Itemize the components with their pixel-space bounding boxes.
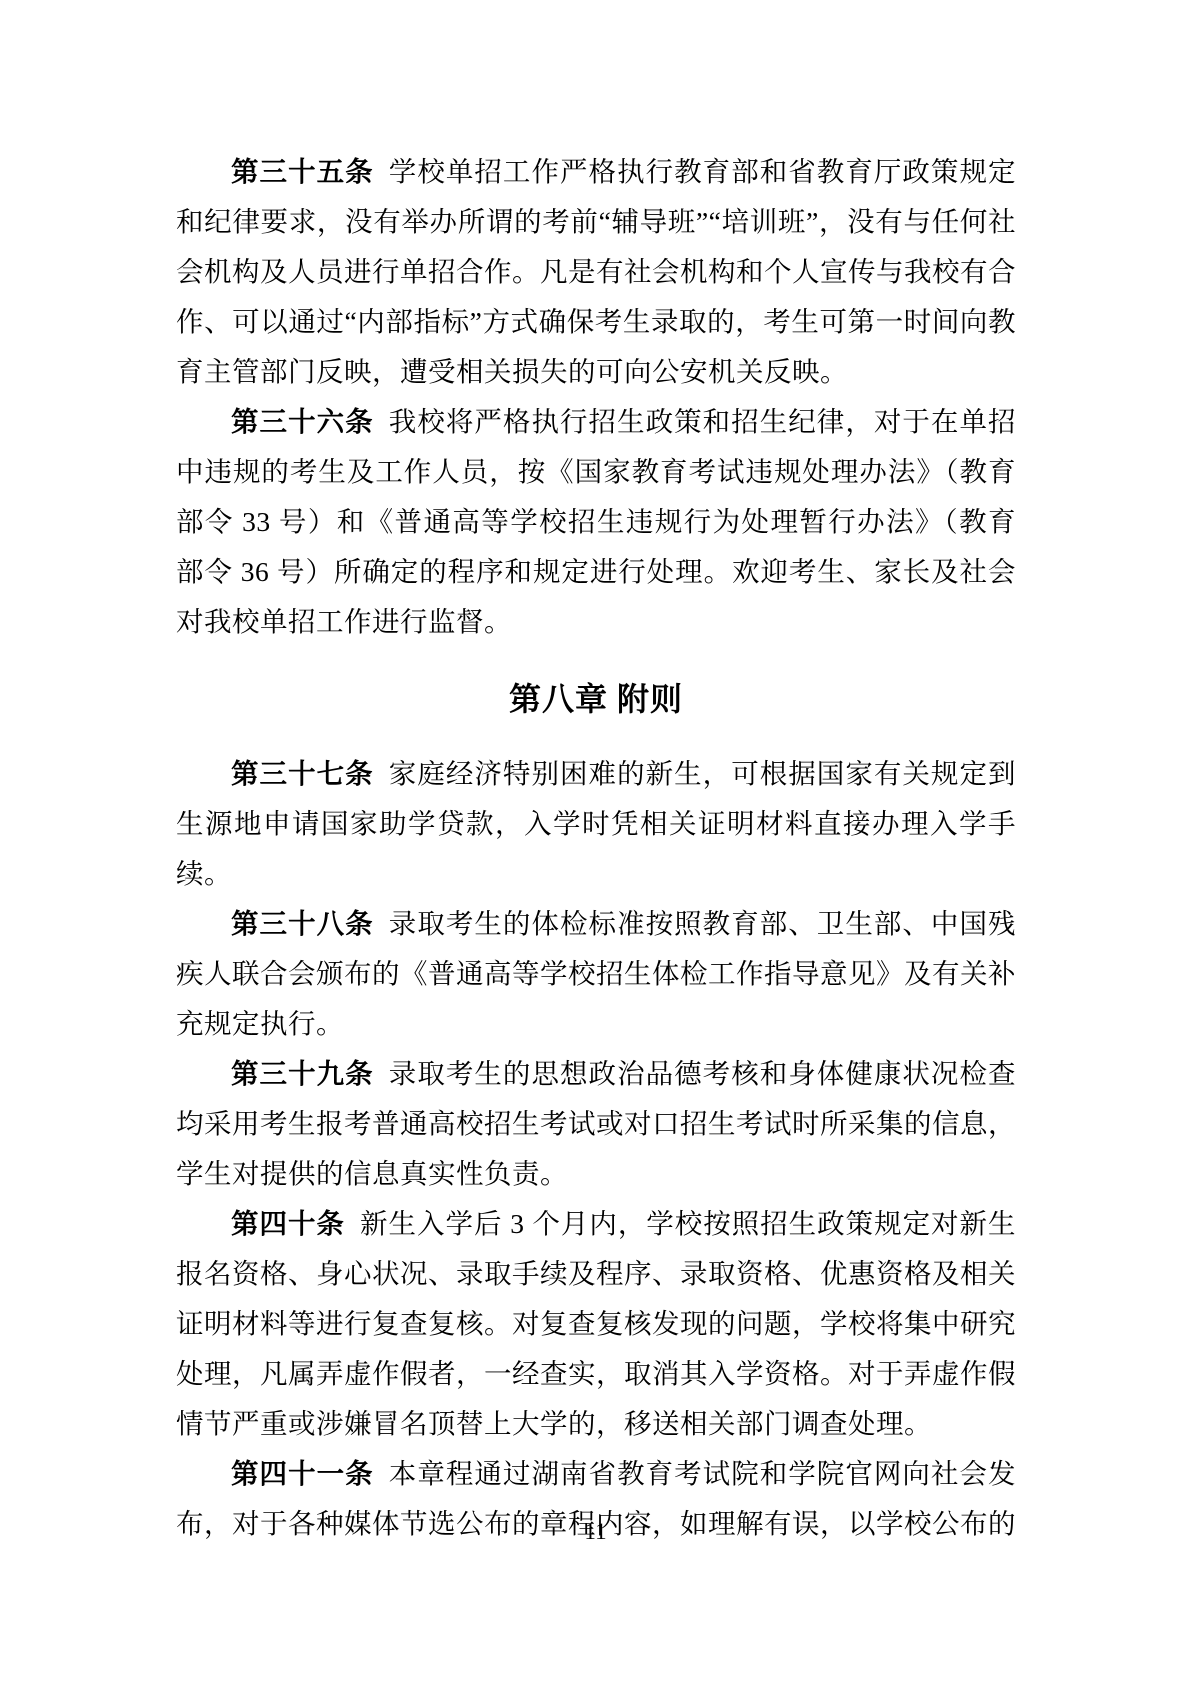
article-36-paragraph: 第三十六条我校将严格执行招生政策和招生纪律，对于在单招中违规的考生及工作人员，按… bbox=[176, 397, 1016, 647]
article-40-text: 新生入学后 3 个月内，学校按照招生政策规定对新生报名资格、身心状况、录取手续及… bbox=[176, 1208, 1016, 1439]
article-40-number: 第四十条 bbox=[231, 1208, 345, 1239]
article-37-paragraph: 第三十七条家庭经济特别困难的新生，可根据国家有关规定到生源地申请国家助学贷款，入… bbox=[176, 749, 1016, 899]
article-35-paragraph: 第三十五条学校单招工作严格执行教育部和省教育厅政策规定和纪律要求，没有举办所谓的… bbox=[176, 147, 1016, 397]
document-page: 第三十五条学校单招工作严格执行教育部和省教育厅政策规定和纪律要求，没有举办所谓的… bbox=[0, 0, 1191, 1684]
article-36-text: 我校将严格执行招生政策和招生纪律，对于在单招中违规的考生及工作人员，按《国家教育… bbox=[176, 406, 1016, 637]
article-36-number: 第三十六条 bbox=[231, 406, 374, 437]
document-content: 第三十五条学校单招工作严格执行教育部和省教育厅政策规定和纪律要求，没有举办所谓的… bbox=[176, 147, 1016, 1549]
article-37-number: 第三十七条 bbox=[231, 758, 374, 789]
article-39-number: 第三十九条 bbox=[231, 1058, 374, 1089]
page-number: 11 bbox=[0, 1517, 1191, 1547]
article-38-number: 第三十八条 bbox=[231, 908, 374, 939]
article-41-number: 第四十一条 bbox=[231, 1458, 374, 1489]
article-35-text: 学校单招工作严格执行教育部和省教育厅政策规定和纪律要求，没有举办所谓的考前“辅导… bbox=[176, 156, 1016, 387]
article-39-paragraph: 第三十九条录取考生的思想政治品德考核和身体健康状况检查均采用考生报考普通高校招生… bbox=[176, 1049, 1016, 1199]
article-40-paragraph: 第四十条新生入学后 3 个月内，学校按照招生政策规定对新生报名资格、身心状况、录… bbox=[176, 1199, 1016, 1449]
article-35-number: 第三十五条 bbox=[231, 156, 374, 187]
chapter-heading: 第八章 附则 bbox=[176, 674, 1016, 724]
article-38-paragraph: 第三十八条录取考生的体检标准按照教育部、卫生部、中国残疾人联合会颁布的《普通高等… bbox=[176, 899, 1016, 1049]
